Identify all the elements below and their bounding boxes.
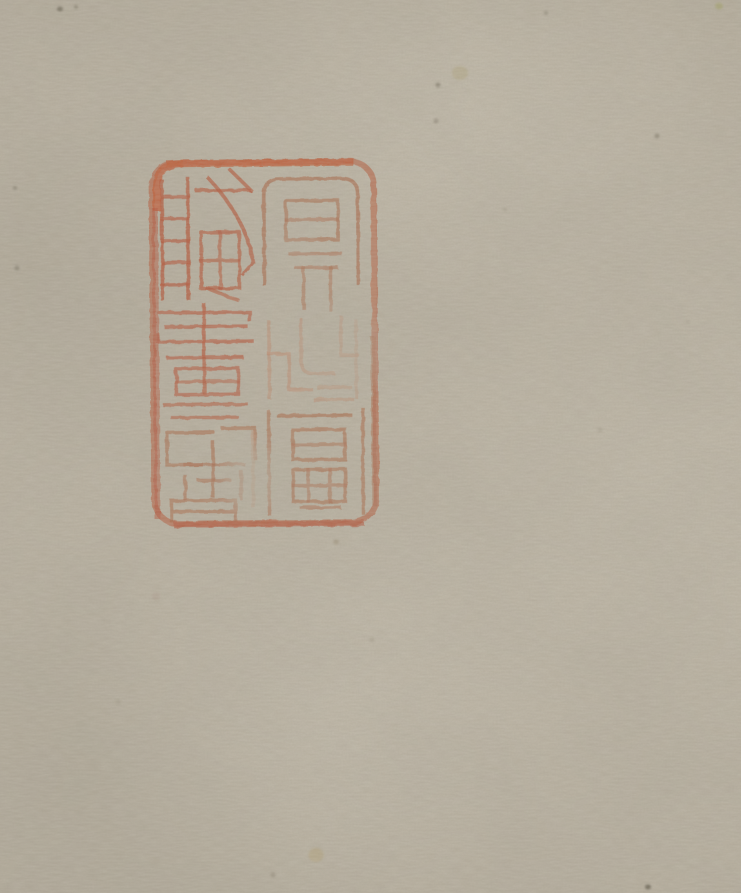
paper-speck	[544, 11, 548, 15]
paper-speck	[13, 186, 17, 190]
seal-char-left-1	[161, 170, 253, 301]
seal-column-left	[156, 170, 255, 521]
seal-worn-patches	[223, 215, 382, 514]
paper-speck	[152, 593, 160, 600]
scanned-page	[0, 0, 741, 893]
seal-char-right-2	[269, 317, 358, 400]
paper-speck	[309, 848, 324, 862]
seal-char-left-3	[167, 428, 256, 521]
seal-char-right-1	[264, 178, 359, 310]
paper-speck	[715, 3, 723, 10]
paper-speck	[370, 638, 375, 643]
paper-speck	[645, 885, 651, 890]
paper-grain	[0, 0, 741, 893]
paper-speck	[115, 700, 121, 705]
paper-speck	[333, 540, 339, 545]
paper-speck	[598, 428, 603, 433]
paper-specks-layer	[0, 0, 741, 893]
seal-border	[151, 161, 376, 525]
collector-seal	[0, 0, 741, 893]
seal-char-right-3	[269, 409, 364, 514]
paper-speck	[436, 83, 441, 88]
paper-speck	[271, 873, 276, 878]
paper-speck	[686, 320, 690, 324]
paper-speck	[434, 119, 439, 124]
paper-speck	[15, 266, 20, 271]
paper-speck	[655, 134, 660, 139]
paper-speck	[57, 7, 63, 12]
seal-char-left-2	[158, 304, 253, 418]
paper-speck	[503, 208, 507, 212]
paper-speck	[452, 66, 468, 80]
paper-speck	[74, 5, 78, 9]
seal-column-right	[264, 178, 364, 514]
